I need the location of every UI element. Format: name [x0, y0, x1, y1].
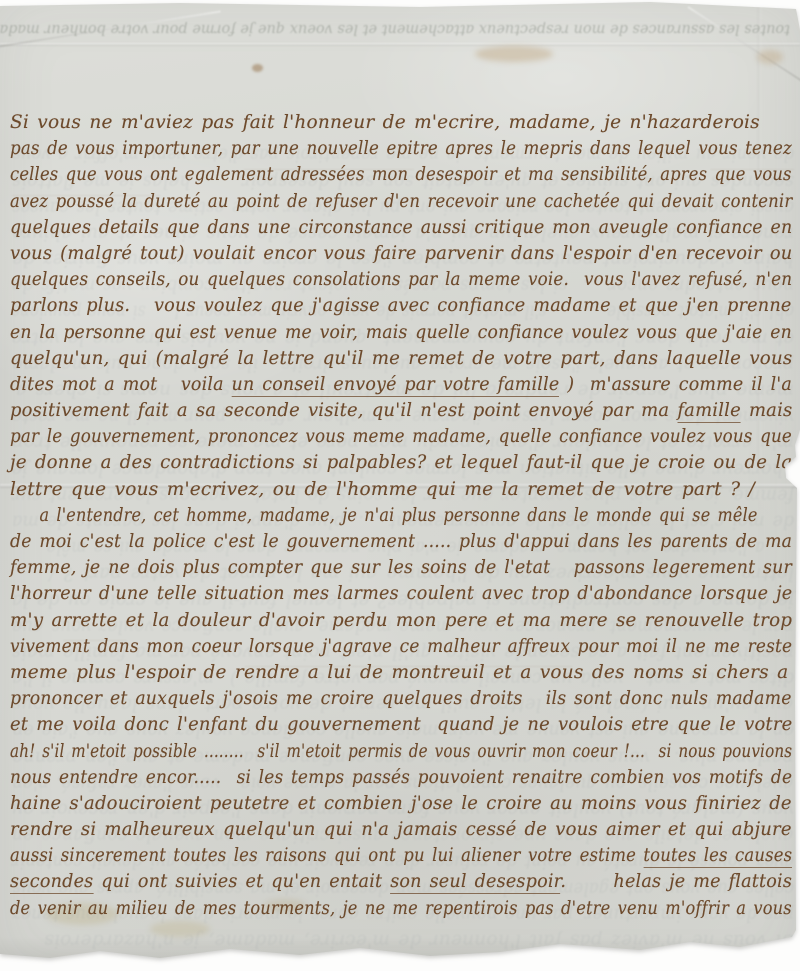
letter-line: ah! s'il m'etoit possible ........ s'il …	[10, 739, 651, 765]
text-run: femme, je ne dois plus compter que sur l…	[10, 557, 792, 578]
letter-paper-sheet: toutes les assurances de mon respectueux…	[0, 0, 800, 971]
letter-line: vivement dans mon coeur lorsque j'agrave…	[10, 634, 726, 660]
letter-body: Si vous ne m'aviez pas fait l'honneur de…	[10, 110, 792, 922]
letter-line: de venir au milieu de mes tourments, je …	[10, 896, 696, 922]
letter-line: femme, je ne dois plus compter que sur l…	[10, 555, 744, 581]
letter-line: Si vous ne m'aviez pas fait l'honneur de…	[10, 110, 792, 136]
text-run: ) m'assure comme il l'a	[559, 374, 792, 395]
letter-line: aussi sincerement toutes les raisons qui…	[10, 843, 705, 869]
letter-line: celles que vous ont egalement adressées …	[10, 162, 700, 188]
letter-line: quelques details que dans une circonstan…	[10, 215, 743, 241]
letter-line: meme plus l'espoir de rendre a lui de mo…	[10, 660, 792, 686]
letter-line: positivement fait a sa seconde visite, q…	[10, 398, 769, 424]
text-run: dites mot a mot voila	[10, 374, 232, 395]
text-run: et me voila donc l'enfant du gouvernemen…	[10, 714, 792, 735]
text-run: nous entendre encor..... si les temps pa…	[10, 767, 792, 788]
text-run: qui ont suivies et qu'en entait	[93, 871, 390, 892]
text-run: l'horreur d'une telle situation mes larm…	[10, 583, 792, 604]
letter-line: dites mot a mot voila un conseil envoyé …	[10, 372, 748, 398]
text-run: je donne a des contradictions si palpabl…	[10, 452, 792, 473]
text-run: de venir au milieu de mes tourments, je …	[10, 898, 792, 919]
text-run: quelqu'un, qui (malgré la lettre qu'il m…	[10, 348, 792, 369]
text-run: de moi c'est la police c'est le gouverne…	[10, 531, 792, 552]
letter-line: l'horreur d'une telle situation mes larm…	[10, 581, 753, 607]
text-run: celles que vous ont egalement adressées …	[10, 164, 792, 185]
letter-line: m'y arrette et la douleur d'avoir perdu …	[10, 608, 782, 634]
underlined-phrase: son seul desespoir	[390, 871, 560, 894]
letter-line: lettre que vous m'ecrivez, ou de l'homme…	[10, 477, 792, 503]
text-run: prononcer et auxquels j'osois me croire …	[10, 688, 792, 709]
text-run: . helas je me flattois	[560, 871, 792, 892]
letter-line: rendre si malheureux quelqu'un qui n'a j…	[10, 817, 772, 843]
text-run: en la personne qui est venue me voir, ma…	[10, 322, 792, 343]
letter-line: en la personne qui est venue me voir, ma…	[10, 320, 739, 346]
letter-line: pas de vous importuner, par une nouvelle…	[10, 136, 713, 162]
paper-shadow-wrap: toutes les assurances de mon respectueux…	[0, 0, 800, 971]
letter-line: quelqu'un, qui (malgré la lettre qu'il m…	[10, 346, 779, 372]
text-run: parlons plus. vous voulez que j'agisse a…	[10, 295, 792, 316]
text-run: a l'entendre, cet homme, madame, je n'ai…	[39, 505, 757, 526]
letter-line: de moi c'est la police c'est le gouverne…	[10, 529, 738, 555]
letter-line: secondes qui ont suivies et qu'en entait…	[10, 869, 753, 895]
text-run: m'y arrette et la douleur d'avoir perdu …	[10, 610, 792, 631]
text-run: Si vous ne m'aviez pas fait l'honneur de…	[10, 112, 760, 133]
scanned-letter-page: toutes les assurances de mon respectueux…	[0, 0, 800, 971]
text-run: haine s'adouciroient peutetre et combien…	[10, 793, 792, 814]
text-run: ah! s'il m'etoit possible ........ s'il …	[10, 741, 792, 762]
underlined-phrase: famille	[677, 400, 741, 423]
letter-line: vous (malgré tout) voulait encor vous fa…	[10, 241, 763, 267]
text-run: rendre si malheureux quelqu'un qui n'a j…	[10, 819, 792, 840]
text-run: avez poussé la dureté au point de refuse…	[10, 191, 792, 212]
letter-line: haine s'adouciroient peutetre et combien…	[10, 791, 772, 817]
letter-line: prononcer et auxquels j'osois me croire …	[10, 686, 741, 712]
letter-line: quelques conseils, ou quelques consolati…	[10, 267, 718, 293]
text-run: vivement dans mon coeur lorsque j'agrave…	[10, 636, 792, 657]
letter-line: et me voila donc l'enfant du gouvernemen…	[10, 712, 768, 738]
text-run: quelques details que dans une circonstan…	[10, 217, 792, 238]
underlined-phrase: secondes	[10, 871, 93, 894]
text-run: aussi sincerement toutes les raisons qui…	[10, 845, 643, 866]
letter-line: avez poussé la dureté au point de refuse…	[10, 189, 705, 215]
text-run: meme plus l'espoir de rendre a lui de mo…	[10, 662, 788, 683]
text-run: lettre que vous m'ecrivez, ou de l'homme…	[10, 479, 755, 500]
text-run: quelques conseils, ou quelques consolati…	[10, 269, 792, 290]
underlined-phrase: toutes les causes	[643, 845, 792, 868]
text-run: par le gouvernement, prononcez vous meme…	[10, 426, 792, 447]
text-run: vous (malgré tout) voulait encor vous fa…	[10, 243, 792, 264]
text-run: mais	[741, 400, 793, 421]
letter-line-paragraph-start: a l'entendre, cet homme, madame, je n'ai…	[10, 503, 688, 529]
letter-line: nous entendre encor..... si les temps pa…	[10, 765, 726, 791]
letter-line: je donne a des contradictions si palpabl…	[10, 450, 776, 476]
letter-line: parlons plus. vous voulez que j'agisse a…	[10, 293, 757, 319]
text-run: positivement fait a sa seconde visite, q…	[10, 400, 677, 421]
letter-line: par le gouvernement, prononcez vous meme…	[10, 424, 717, 450]
text-run: pas de vous importuner, par une nouvelle…	[10, 138, 792, 159]
underlined-phrase: un conseil envoyé par votre famille	[232, 374, 560, 397]
